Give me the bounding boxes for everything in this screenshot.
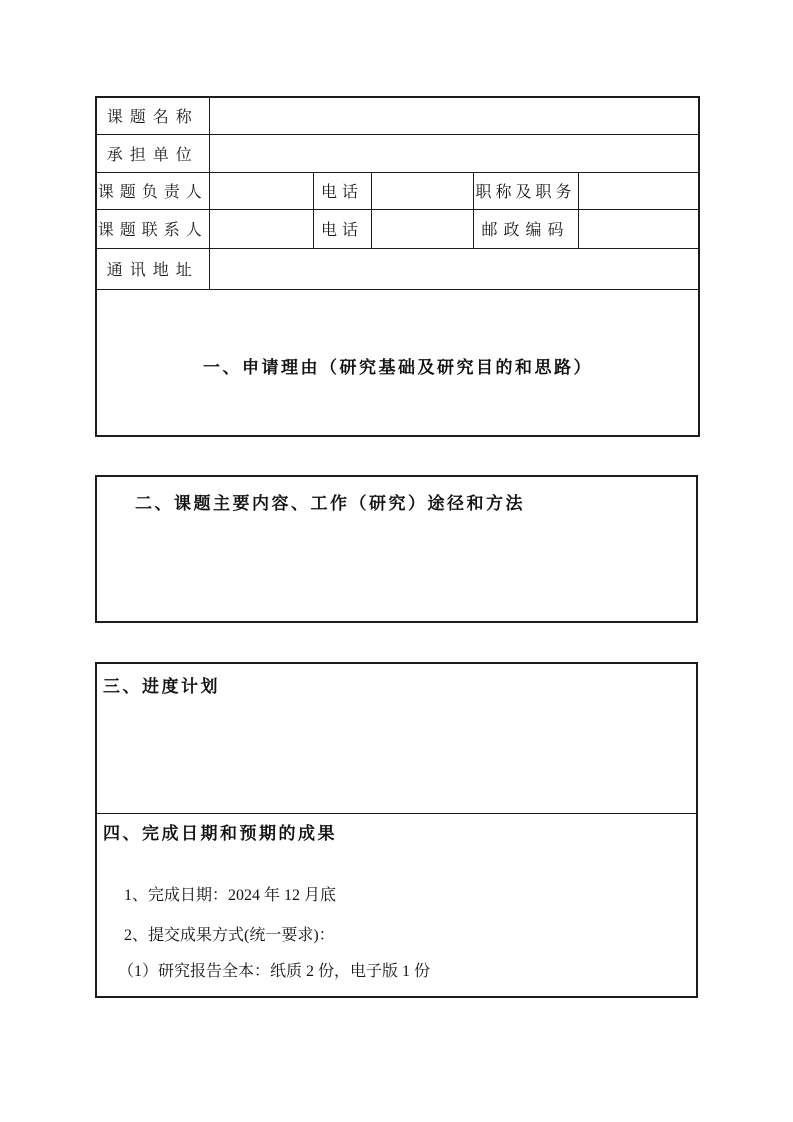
label-project-leader: 课题负责人 bbox=[96, 172, 209, 209]
label-project-contact: 课题联系人 bbox=[96, 209, 209, 248]
input-project-contact[interactable] bbox=[209, 209, 313, 248]
section-2-heading: 二、课题主要内容、工作（研究）途径和方法 bbox=[97, 477, 696, 514]
input-postal-code[interactable] bbox=[578, 209, 699, 248]
input-contact-phone[interactable] bbox=[371, 209, 473, 248]
completion-date-line: 1、完成日期：2024 年 12 月底 bbox=[124, 886, 696, 905]
input-mailing-address[interactable] bbox=[209, 248, 699, 289]
table-row-mailing-address: 通讯地址 bbox=[96, 248, 699, 289]
sections-3-4-box: 三、进度计划 四、完成日期和预期的成果 1、完成日期：2024 年 12 月底 … bbox=[95, 662, 698, 998]
report-copies-line: （1）研究报告全本：纸质 2 份，电子版 1 份 bbox=[118, 962, 696, 981]
input-project-leader[interactable] bbox=[209, 172, 313, 209]
section-4-heading: 四、完成日期和预期的成果 bbox=[97, 814, 696, 844]
label-contact-phone: 电话 bbox=[313, 209, 371, 248]
section-2-main-content[interactable]: 二、课题主要内容、工作（研究）途径和方法 bbox=[95, 475, 698, 623]
section-1-application-reason[interactable]: 一、申请理由（研究基础及研究目的和思路） bbox=[96, 289, 699, 436]
input-project-title[interactable] bbox=[209, 97, 699, 134]
section-4-completion-results[interactable]: 四、完成日期和预期的成果 1、完成日期：2024 年 12 月底 2、提交成果方… bbox=[97, 814, 696, 998]
project-info-table: 课题名称 承担单位 课题负责人 电话 职称及职务 课题联系人 电话 邮政编码 通… bbox=[95, 96, 700, 437]
label-mailing-address: 通讯地址 bbox=[96, 248, 209, 289]
table-row-section-1: 一、申请理由（研究基础及研究目的和思路） bbox=[96, 289, 699, 436]
input-leader-phone[interactable] bbox=[371, 172, 473, 209]
label-postal-code: 邮政编码 bbox=[473, 209, 578, 248]
section-3-heading: 三、进度计划 bbox=[97, 664, 696, 697]
input-title-position[interactable] bbox=[578, 172, 699, 209]
label-title-position: 职称及职务 bbox=[473, 172, 578, 209]
section-3-progress-plan[interactable]: 三、进度计划 bbox=[97, 664, 696, 814]
table-row-project-title: 课题名称 bbox=[96, 97, 699, 134]
label-undertaking-unit: 承担单位 bbox=[96, 134, 209, 172]
label-project-title: 课题名称 bbox=[96, 97, 209, 134]
table-row-project-contact: 课题联系人 电话 邮政编码 bbox=[96, 209, 699, 248]
input-undertaking-unit[interactable] bbox=[209, 134, 699, 172]
application-form-page: 课题名称 承担单位 课题负责人 电话 职称及职务 课题联系人 电话 邮政编码 通… bbox=[0, 0, 793, 1122]
section-1-heading: 一、申请理由（研究基础及研究目的和思路） bbox=[97, 347, 698, 378]
section-3-content-area[interactable] bbox=[97, 697, 696, 801]
label-leader-phone: 电话 bbox=[313, 172, 371, 209]
section-2-content-area[interactable] bbox=[97, 514, 696, 615]
submission-method-line: 2、提交成果方式(统一要求)： bbox=[124, 926, 696, 945]
table-row-project-leader: 课题负责人 电话 职称及职务 bbox=[96, 172, 699, 209]
table-row-undertaking-unit: 承担单位 bbox=[96, 134, 699, 172]
